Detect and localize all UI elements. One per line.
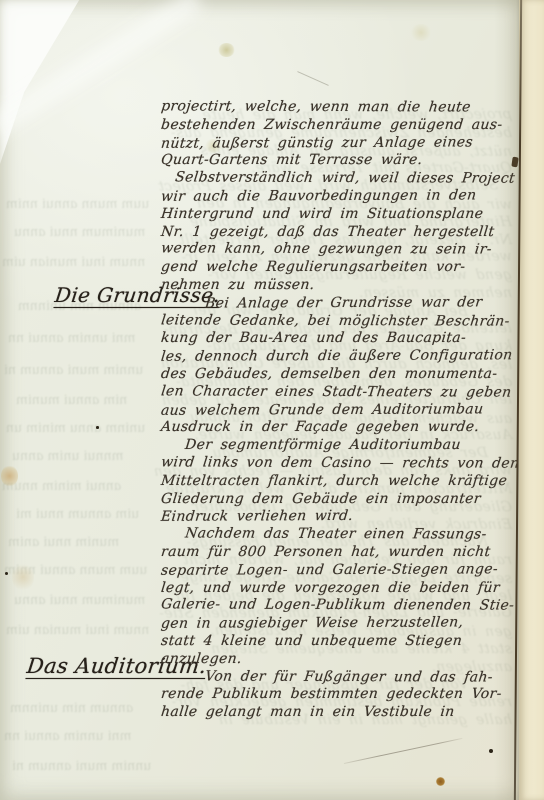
ghost-fragment: uninm annu minim un: [5, 420, 146, 435]
ghost-fragment: mni unnim annui nn: [7, 330, 136, 345]
handwritten-line: wir auch die Bauvorbedingungen in den: [160, 187, 518, 206]
handwritten-line: Galerie- und Logen-Publikum dienenden St…: [160, 597, 518, 616]
handwritten-line: gend welche Regulierungsarbeiten vor-: [160, 259, 518, 277]
ink-speck: [96, 426, 99, 429]
stain-spot: [218, 43, 235, 57]
handwritten-line: len Character eines Stadt-Theaters zu ge…: [160, 383, 518, 402]
handwritten-line: wird links von dem Casino — rechts von d…: [160, 454, 518, 473]
ghost-fragment: mni unnim annui nn: [3, 728, 132, 743]
handwritten-line: des Gebäudes, demselben den monumenta-: [160, 366, 518, 384]
ghost-fragment: mnnui unim annu: [11, 448, 124, 463]
ghost-fragment: nnum inui munian uim: [5, 622, 150, 637]
ghost-fragment: uum munn annui nnim: [3, 562, 148, 577]
pencil-stroke: [344, 738, 463, 765]
handwritten-line: werden kann, ohne gezwungen zu sein ir-: [160, 241, 518, 260]
handwritten-line: nützt, äußerst günstig zur Anlage eines: [160, 134, 518, 153]
ghost-fragment: annum nim uninnm: [9, 700, 134, 715]
handwritten-line: projectirt, welche, wenn man die heute: [160, 98, 518, 117]
ghost-fragment: munimum nnui annu: [13, 592, 146, 607]
handwritten-line: Eindruck verliehen wird.: [160, 508, 518, 527]
handwritten-line: kung der Bau-Area und des Baucapita-: [160, 330, 518, 348]
paper-page: projectirt, welche, wenn man die heutebe…: [0, 0, 520, 800]
handwritten-line: halle gelangt man in ein Vestibule in: [160, 704, 518, 722]
ghost-fragment: annui minim nnum: [1, 478, 122, 493]
ghost-fragment: nim annui munim: [15, 392, 128, 407]
handwritten-line: statt 4 kleine und unbequeme Stiegen: [160, 633, 518, 651]
handwritten-line: raum für 800 Personen hat, wurden nicht: [160, 544, 518, 562]
handwritten-text-block: projectirt, welche, wenn man die heutebe…: [161, 99, 517, 722]
foxing-spot: [436, 777, 445, 786]
ghost-fragment: uim annum nnui mi: [15, 506, 140, 521]
handwritten-line: separirte Logen- und Galerie-Stiegen ang…: [160, 561, 518, 580]
handwritten-line: les, dennoch durch die äußere Configurat…: [160, 347, 518, 366]
handwritten-line: anzulegen.: [160, 651, 518, 669]
handwritten-line: Nr. 1 gezeigt, daß das Theater hergestel…: [160, 224, 518, 242]
handwritten-line: Bei Anlage der Grundrisse war der: [160, 294, 518, 313]
ghost-fragment: munimum nnui annu: [13, 224, 146, 239]
handwritten-line: bestehenden Zwischenräume genügend aus-: [160, 117, 518, 135]
handwritten-line: gen in ausgiebiger Weise herzustellen,: [160, 614, 518, 633]
ink-speck: [489, 749, 493, 753]
ghost-fragment: munim nnui anim: [7, 534, 120, 549]
ink-speck: [5, 572, 8, 575]
stain-spot: [1, 465, 18, 487]
handwritten-line: Hintergrund und wird im Situationsplane: [160, 206, 518, 224]
handwritten-line: nehmen zu müssen.: [160, 277, 518, 295]
pencil-stroke: [297, 71, 328, 86]
ghost-fragment: nnum inui munian uim: [1, 254, 146, 269]
handwritten-line: Von der für Fußgänger und das fah-: [160, 668, 518, 687]
handwritten-line: aus welchem Grunde dem Auditoriumbau: [160, 401, 518, 420]
ghost-fragment: unnim muni annum ni: [11, 758, 152, 773]
handwritten-line: rende Publikum bestimmten gedeckten Vor-: [160, 686, 518, 704]
handwritten-line: Ausdruck in der Façade gegeben wurde.: [160, 419, 518, 437]
ghost-fragment: uum munn annui nnim: [5, 196, 150, 211]
handwritten-line: Der segmentförmige Auditoriumbau: [160, 437, 518, 455]
stain-spot: [12, 562, 34, 592]
stain-spot: [410, 24, 432, 41]
handwritten-line: Nachdem das Theater einen Fassungs-: [160, 526, 518, 545]
handwritten-line: legt, und wurde vorgezogen die beiden fü…: [160, 580, 518, 598]
handwritten-line: Gliederung dem Gebäude ein imposanter: [160, 491, 518, 509]
handwritten-line: leitende Gedanke, bei möglichster Beschr…: [160, 312, 518, 331]
handwritten-line: Selbstverständlich wird, weil dieses Pro…: [160, 170, 518, 189]
underlying-page-strip: [519, 0, 544, 800]
ghost-fragment: unnim muni annum ni: [3, 362, 144, 377]
handwritten-line: Quart-Gartens mit Terrasse wäre.: [160, 152, 518, 170]
handwritten-line: Mitteltracten flankirt, durch welche krä…: [160, 473, 518, 491]
manuscript-scan: projectirt, welche, wenn man die heutebe…: [0, 0, 544, 800]
